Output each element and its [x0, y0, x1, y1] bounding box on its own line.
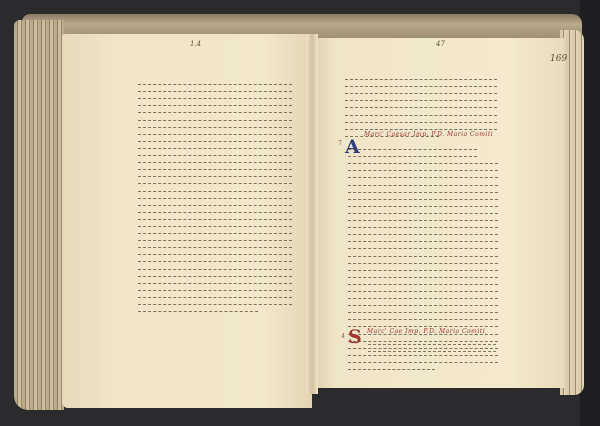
- marginal-number-1: 7: [338, 140, 342, 147]
- handwritten-line: [138, 85, 292, 92]
- left-page-header-mark: 1.4: [190, 40, 201, 48]
- marginal-number-2: 4: [341, 333, 345, 340]
- handwritten-line: [348, 313, 498, 320]
- handwritten-line: [345, 73, 497, 80]
- handwritten-line: [345, 101, 497, 108]
- handwritten-line: [348, 186, 498, 193]
- handwritten-line: [138, 284, 292, 291]
- handwritten-line: [348, 200, 498, 207]
- right-page-text-top: [345, 73, 497, 137]
- handwritten-line: [348, 235, 498, 242]
- handwritten-line: [348, 193, 498, 200]
- handwritten-line: [345, 94, 497, 101]
- handwritten-line: [138, 291, 292, 298]
- handwritten-line: [138, 206, 292, 213]
- handwritten-line: [138, 262, 292, 269]
- handwritten-line: [138, 305, 258, 312]
- handwritten-line: [138, 270, 292, 277]
- handwritten-line: [138, 142, 292, 149]
- handwritten-line: [138, 121, 292, 128]
- handwritten-line: [138, 234, 292, 241]
- right-page-text-bottom: [368, 338, 496, 352]
- handwritten-line: [138, 113, 292, 120]
- handwritten-line: [348, 285, 498, 292]
- handwritten-line: [138, 248, 292, 255]
- right-page-text-middle: [348, 143, 498, 370]
- gutter-fold: [306, 34, 318, 394]
- rubric-heading-2: Marc' Cae Imp. P.D. Maria Comiti: [367, 328, 485, 335]
- decorated-initial-s: S: [348, 326, 362, 348]
- handwritten-line: [138, 241, 292, 248]
- handwritten-line: [138, 156, 292, 163]
- handwritten-line: [138, 255, 292, 262]
- left-page-text-block: [138, 78, 292, 312]
- handwritten-line: [348, 299, 498, 306]
- handwritten-line: [368, 345, 496, 352]
- handwritten-line: [138, 128, 292, 135]
- handwritten-line: [138, 184, 292, 191]
- handwritten-line: [348, 178, 498, 185]
- handwritten-line: [138, 170, 292, 177]
- handwritten-line: [138, 227, 292, 234]
- handwritten-line: [138, 199, 292, 206]
- handwritten-line: [345, 116, 497, 123]
- handwritten-line: [348, 278, 498, 285]
- handwritten-line: [138, 135, 292, 142]
- rubric-heading-1: Marc' Caesar Imp. P.D. Maria Comiti: [364, 131, 493, 138]
- handwritten-line: [138, 192, 292, 199]
- folio-number: 169: [550, 54, 567, 64]
- handwritten-line: [348, 143, 477, 150]
- handwritten-line: [345, 108, 497, 115]
- handwritten-line: [138, 220, 292, 227]
- handwritten-line: [348, 221, 498, 228]
- handwritten-line: [138, 277, 292, 284]
- handwritten-line: [138, 106, 292, 113]
- handwritten-line: [348, 363, 435, 370]
- handwritten-line: [348, 257, 498, 264]
- handwritten-line: [368, 338, 496, 345]
- handwritten-line: [345, 80, 497, 87]
- handwritten-line: [348, 356, 498, 363]
- handwritten-line: [348, 320, 498, 327]
- handwritten-line: [348, 157, 498, 164]
- handwritten-line: [348, 264, 498, 271]
- handwritten-line: [345, 123, 497, 130]
- handwritten-line: [348, 242, 498, 249]
- handwritten-line: [348, 306, 498, 313]
- right-page-header-mark: 47: [436, 40, 445, 48]
- handwritten-line: [138, 213, 292, 220]
- handwritten-line: [348, 292, 498, 299]
- handwritten-line: [345, 87, 497, 94]
- handwritten-line: [348, 249, 498, 256]
- handwritten-line: [138, 149, 292, 156]
- manuscript-photo: 1.4 47 169 Marc' Caesar Imp. P.D. Maria …: [0, 0, 600, 426]
- handwritten-line: [138, 298, 292, 305]
- handwritten-line: [348, 150, 477, 157]
- handwritten-line: [138, 92, 292, 99]
- handwritten-line: [348, 164, 498, 171]
- handwritten-line: [138, 163, 292, 170]
- handwritten-line: [138, 99, 292, 106]
- handwritten-line: [348, 214, 498, 221]
- handwritten-line: [348, 271, 498, 278]
- handwritten-line: [348, 171, 498, 178]
- handwritten-line: [348, 207, 498, 214]
- handwritten-line: [348, 228, 498, 235]
- handwritten-line: [138, 177, 292, 184]
- page-block-left-edge: [14, 20, 64, 410]
- handwritten-line: [138, 78, 292, 85]
